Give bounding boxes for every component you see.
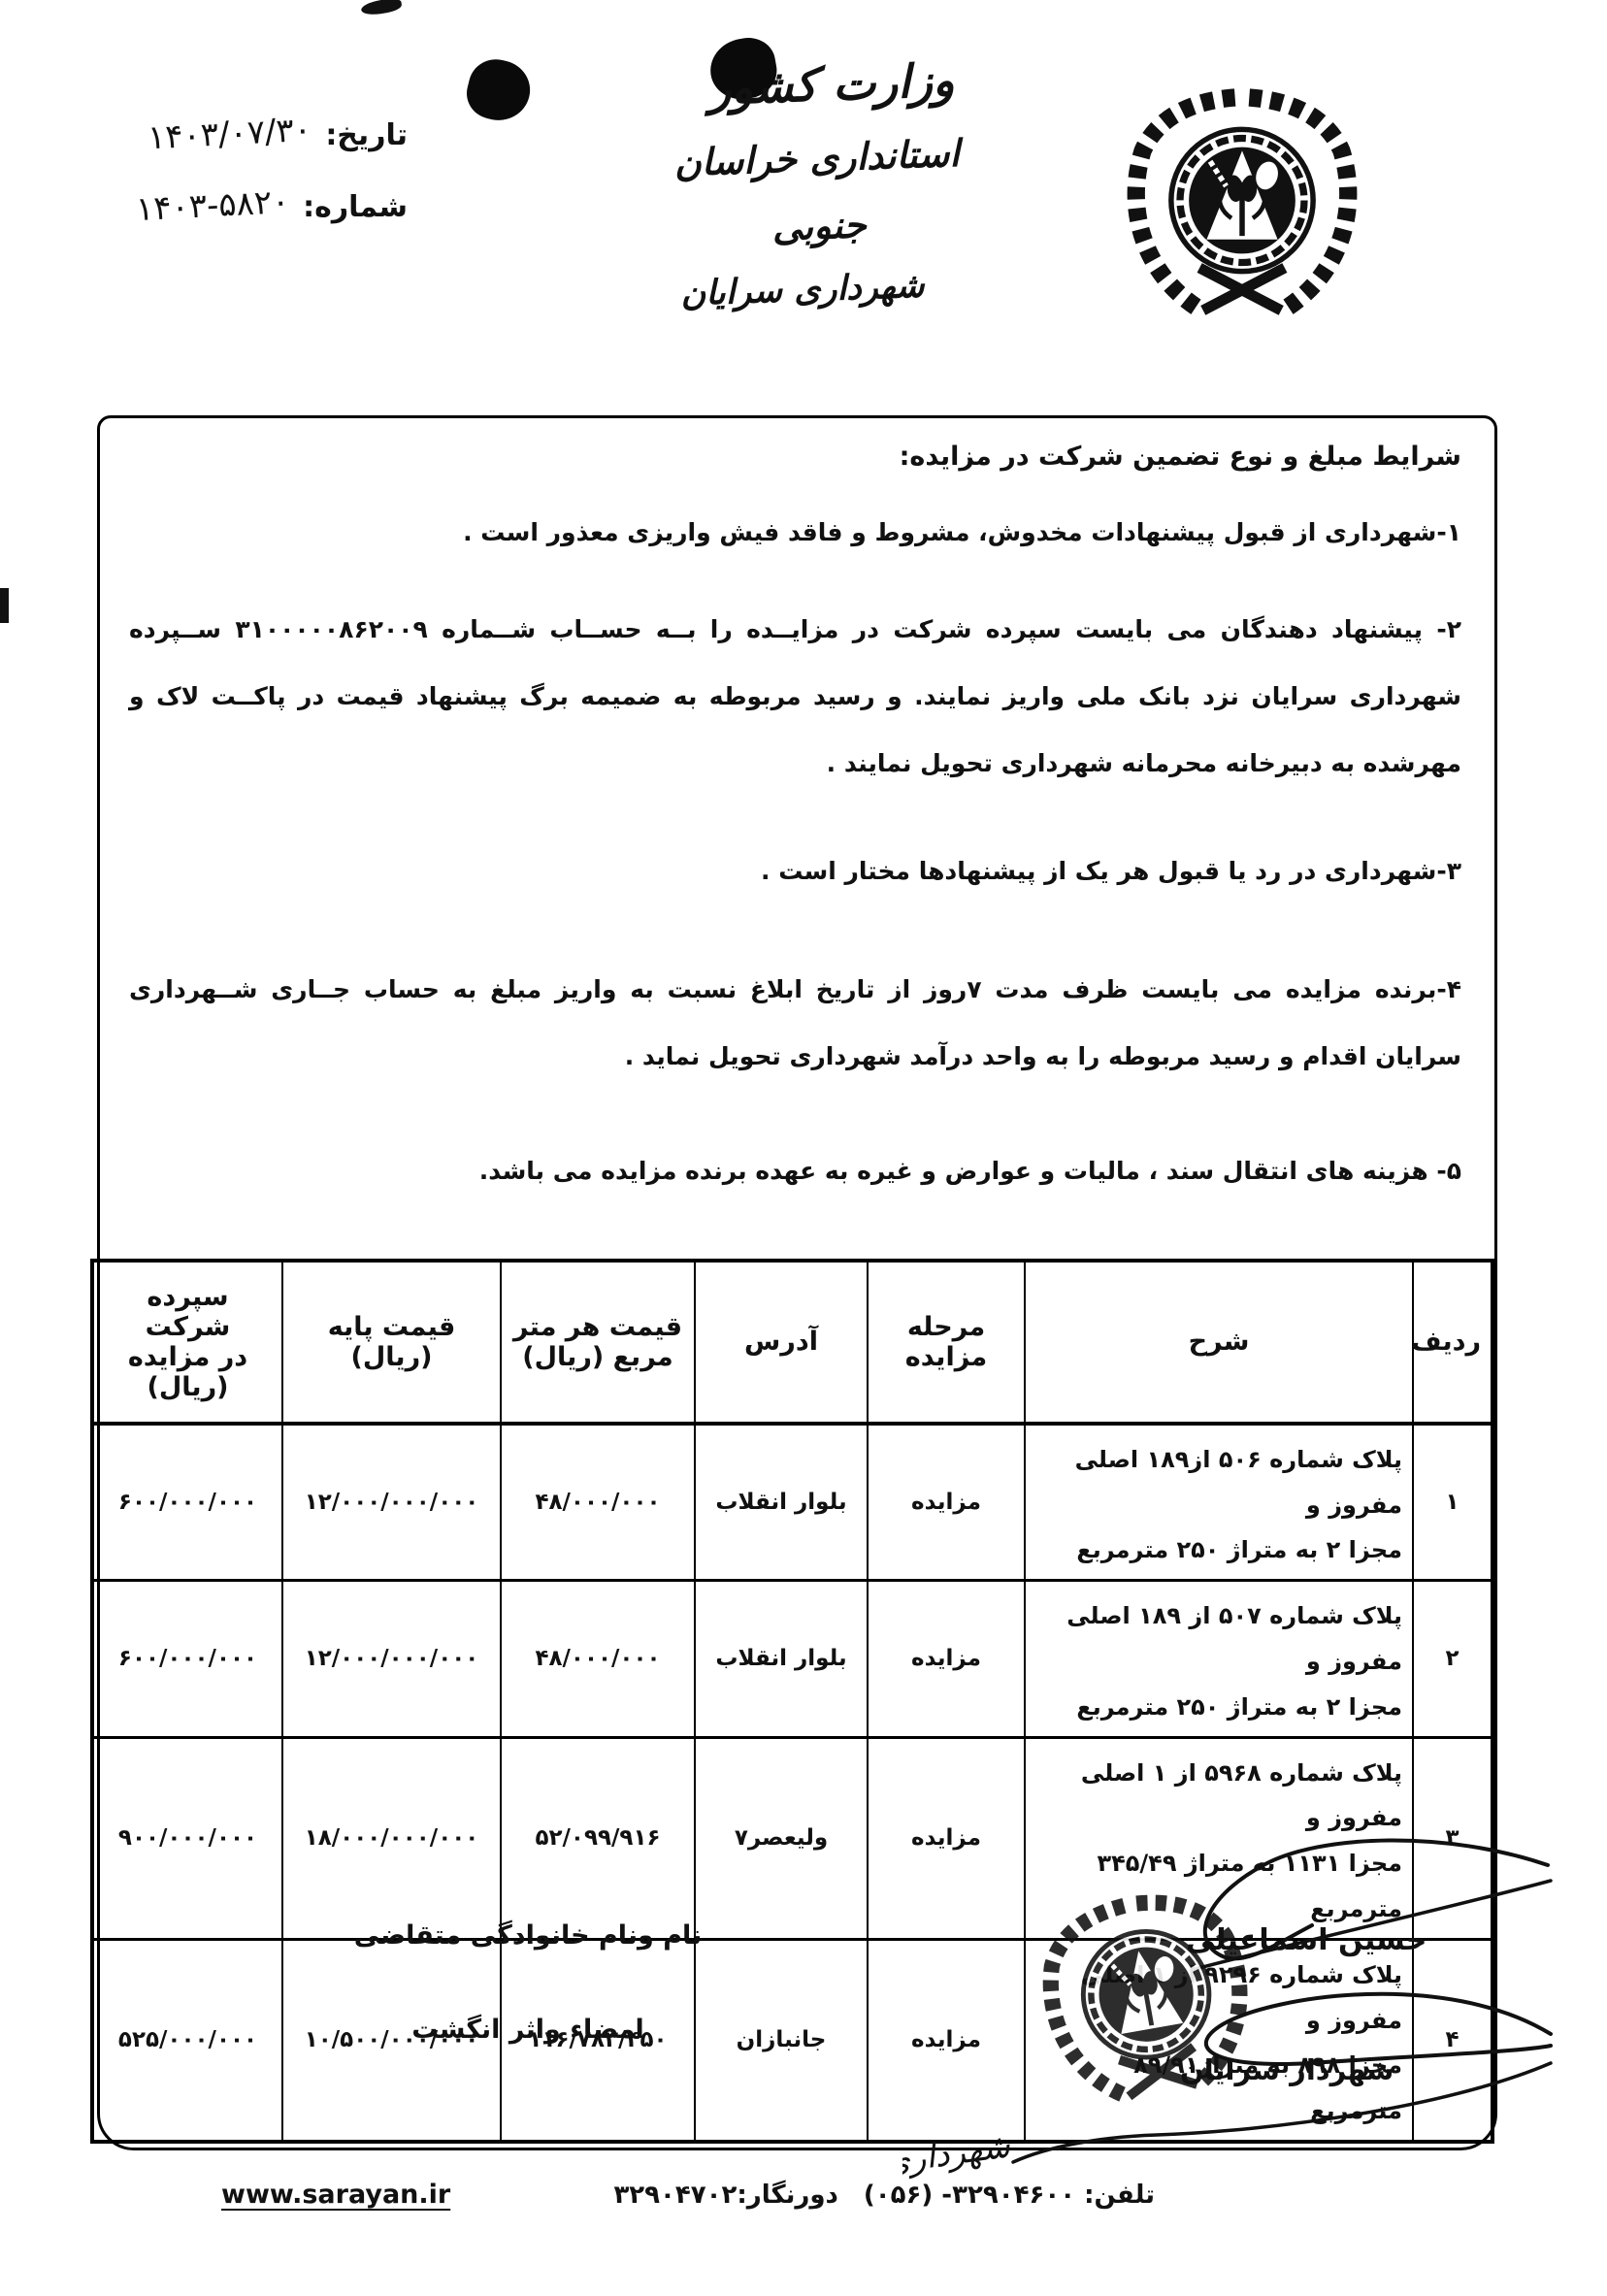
signature-block: شهرداری سرایان حسین اسماعیلی شهردار سرای… [902,1824,1553,2181]
signature-scribble: شهرداری سرایان [902,1824,1553,2181]
applicant-signature-label: امضاء واثر انگشت [302,2015,754,2045]
col-header-description: شرح [1025,1261,1413,1424]
letterhead-municipality: شهرداری سرایان [612,253,993,327]
signer-name: حسین اسماعیلی [1186,1923,1427,1957]
term-item-5: ۵- هزینه های انتقال سند ، مالیات و عوارض… [129,1157,1461,1185]
cell-stage: مزایده [868,1581,1025,1737]
table-header-row: ردیف شرح مرحله مزایده آدرس قیمت هر متر م… [92,1261,1492,1424]
municipality-emblem-icon [1118,85,1366,326]
cell-deposit: ۶۰۰/۰۰۰/۰۰۰ [92,1581,282,1737]
cell-address: بلوار انقلاب [695,1424,868,1581]
date-value: ۱۴۰۳/۰۷/۳۰ [147,111,312,158]
cell-base-price: ۱۸/۰۰۰/۰۰۰/۰۰۰ [282,1737,501,1939]
document-meta: تاریخ: ۱۴۰۳/۰۷/۳۰ شماره: ۱۴۰۳-۵۸۲۰ [116,115,408,258]
ink-blob [461,53,536,127]
terms-heading: شرایط مبلغ و نوع تضمین شرکت در مزایده: [129,442,1461,472]
signer-title: شهردار سرایان [1180,2053,1394,2086]
website-link[interactable]: www.sarayan.ir [221,2180,450,2210]
col-header-row-number: ردیف [1413,1261,1492,1424]
phone-number: تلفن: ۳۲۹۰۴۶۰۰- (۰۵۶) [864,2181,1155,2210]
term-item-1: ۱-شهرداری از قبول پیشنهادات مخدوش، مشروط… [129,518,1461,546]
cell-deposit: ۵۲۵/۰۰۰/۰۰۰ [92,1939,282,2142]
number-row: شماره: ۱۴۰۳-۵۸۲۰ [116,186,408,225]
letterhead: وزارت کشور استانداری خراسان جنوبی شهردار… [629,47,1007,320]
cell-price-per-m2: ۴۸/۰۰۰/۰۰۰ [501,1581,695,1737]
cell-description: پلاک شماره ۵۰۶ از۱۸۹ اصلی مفروز و مجزا ۲… [1025,1424,1413,1581]
date-label: تاریخ: [325,118,408,152]
col-header-base-price: قیمت پایه (ریال) [282,1261,501,1424]
cell-price-per-m2: ۵۲/۰۹۹/۹۱۶ [501,1737,695,1939]
col-header-deposit: سپرده شرکت در مزایده (ریال) [92,1261,282,1424]
date-row: تاریخ: ۱۴۰۳/۰۷/۳۰ [116,115,408,153]
cell-description: پلاک شماره ۵۰۷ از ۱۸۹ اصلی مفروز و مجزا … [1025,1581,1413,1737]
cell-row-number: ۱ [1413,1424,1492,1581]
cell-deposit: ۶۰۰/۰۰۰/۰۰۰ [92,1424,282,1581]
letterhead-governorate: استانداری خراسان جنوبی [627,117,1010,267]
applicant-name-label: نام ونام خانوادگی متقاضی [302,1920,754,1951]
footer-contacts: تلفن: ۳۲۹۰۴۶۰۰- (۰۵۶) دورنگار:۳۲۹۰۴۷۰۲ w… [221,2180,1155,2210]
term-item-2: ۲- پیشنهاد دهندگان می بایست سپرده شرکت د… [129,597,1461,797]
number-value: ۱۴۰۳-۵۸۲۰ [135,182,290,229]
cell-base-price: ۱۲/۰۰۰/۰۰۰/۰۰۰ [282,1424,501,1581]
cell-address: ولیعصر۷ [695,1737,868,1939]
col-header-address: آدرس [695,1261,868,1424]
cell-deposit: ۹۰۰/۰۰۰/۰۰۰ [92,1737,282,1939]
scan-mark-left-edge [0,588,9,623]
table-row: ۲ پلاک شماره ۵۰۷ از ۱۸۹ اصلی مفروز و مجز… [92,1581,1492,1737]
cell-address: بلوار انقلاب [695,1581,868,1737]
table-row: ۱ پلاک شماره ۵۰۶ از۱۸۹ اصلی مفروز و مجزا… [92,1424,1492,1581]
term-item-4: ۴-برنده مزایده می بایست ظرف مدت ۷روز از … [129,957,1461,1091]
scanned-document-page: تاریخ: ۱۴۰۳/۰۷/۳۰ شماره: ۱۴۰۳-۵۸۲۰ وزارت… [0,0,1607,2296]
col-header-stage: مرحله مزایده [868,1261,1025,1424]
cell-row-number: ۲ [1413,1581,1492,1737]
cell-stage: مزایده [868,1424,1025,1581]
applicant-block: نام ونام خانوادگی متقاضی امضاء واثر انگش… [302,1920,754,2045]
letterhead-ministry: وزارت کشور [641,40,1023,131]
term-item-3: ۳-شهرداری در رد یا قبول هر یک از پیشنهاد… [129,857,1461,885]
fax-number: دورنگار:۳۲۹۰۴۷۰۲ [613,2181,837,2210]
cell-price-per-m2: ۴۸/۰۰۰/۰۰۰ [501,1424,695,1581]
number-label: شماره: [303,190,408,224]
scan-mark-top [360,0,403,16]
cell-base-price: ۱۲/۰۰۰/۰۰۰/۰۰۰ [282,1581,501,1737]
stamp-script-text: شهرداری سرایان [902,2126,1013,2181]
col-header-price-per-m2: قیمت هر متر مربع (ریال) [501,1261,695,1424]
